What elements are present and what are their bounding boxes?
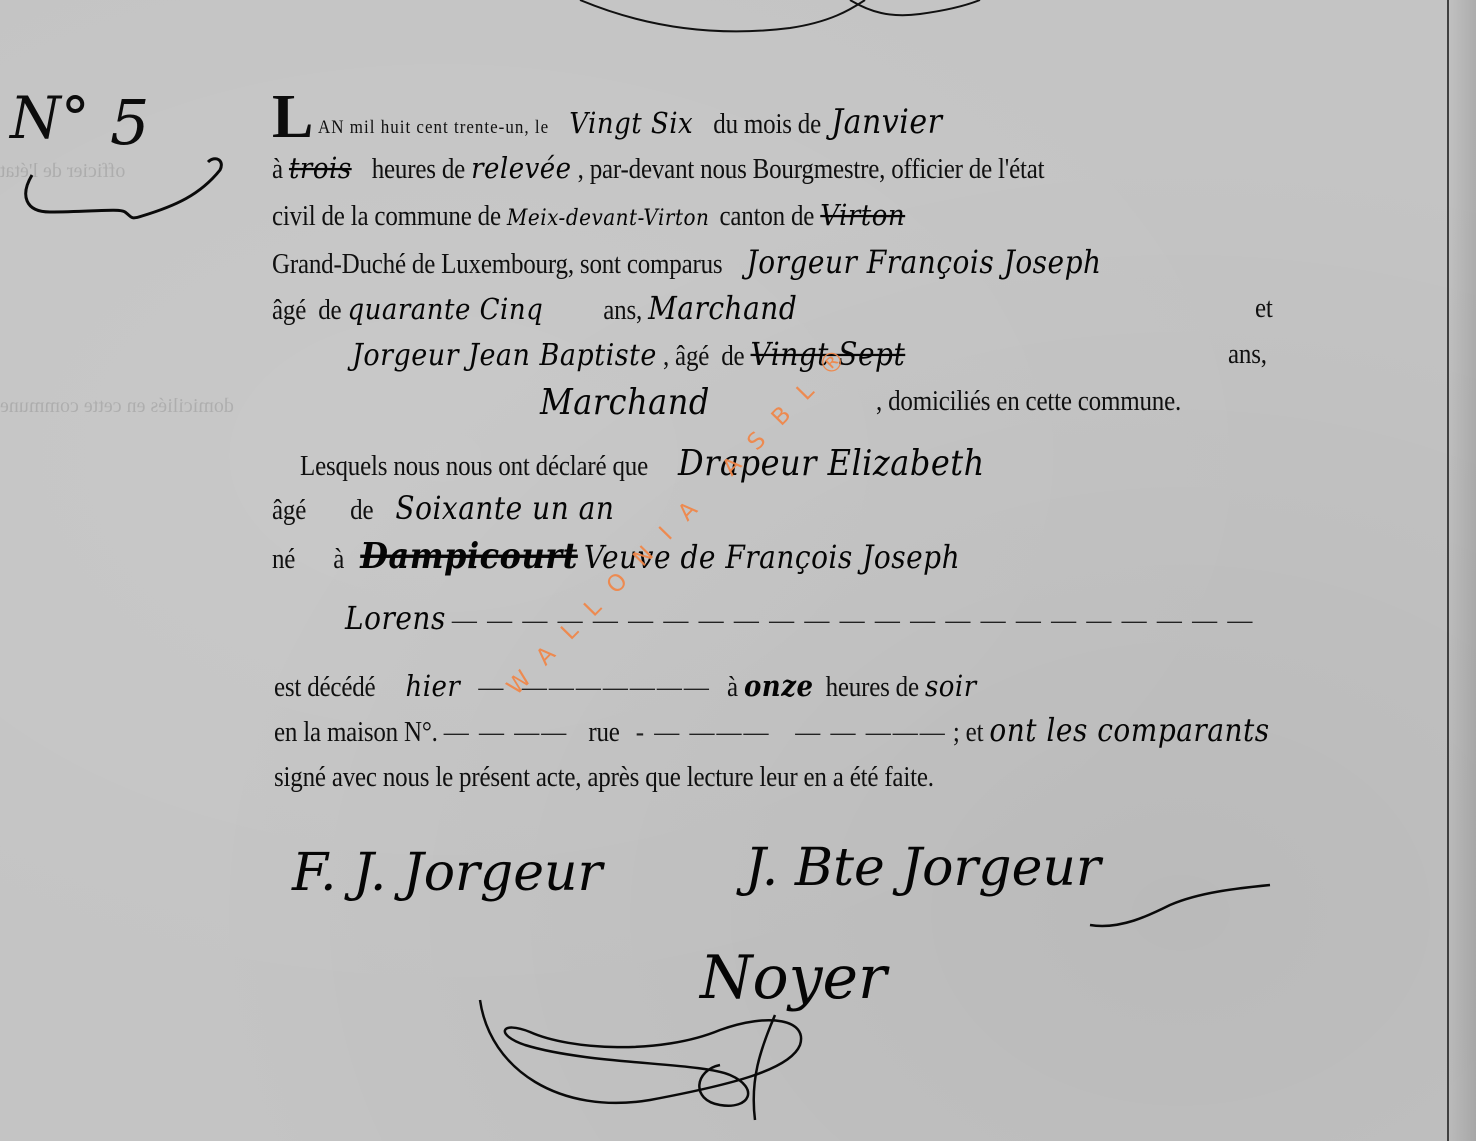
record-line-11: Lorens — — — — — — — — — — — — — — — — —…: [345, 602, 1254, 638]
signature-flourish: [1080, 880, 1280, 940]
handwritten-profession-1: Marchand: [648, 290, 797, 327]
handwritten-declarant-2: Jorgeur Jean Baptiste: [352, 338, 657, 373]
printed-text: AN mil huit cent trente-un, le: [318, 116, 549, 137]
show-through-text: domiciliés en cette commune: [0, 395, 234, 418]
handwritten-month: Janvier: [831, 103, 942, 142]
signature-declarant-1: F. J. Jorgeur: [292, 845, 602, 901]
record-line-12: est décédé hier — ——————— à onze heures …: [274, 670, 977, 705]
handwritten-day-of-death: hier: [405, 670, 460, 704]
printed-text: civil de la commune de: [272, 202, 501, 232]
printed-text: ; et: [953, 718, 983, 748]
record-line-14: signé avec nous le présent acte, après q…: [274, 761, 934, 795]
record-line-4: Grand-Duché de Luxembourg, sont comparus…: [272, 246, 1102, 282]
margin-number-flourish: [10, 150, 240, 230]
printed-text: signé avec nous le présent acte, après q…: [274, 763, 934, 793]
blank-fill-dashes: - — ——— — — ———: [636, 718, 947, 748]
printed-text: Grand-Duché de Luxembourg, sont comparus: [272, 250, 722, 280]
signature-flourish: [470, 990, 890, 1140]
handwritten-canton: Virton: [820, 199, 905, 233]
margin-rule: [1447, 0, 1449, 1141]
record-number-value: 5: [110, 92, 149, 154]
printed-text: et: [1255, 292, 1273, 326]
handwritten-day: Vingt Six: [569, 107, 693, 141]
printed-text: heures de: [826, 673, 919, 703]
printed-text: âgé de: [272, 296, 341, 326]
printed-text: à: [272, 155, 283, 185]
handwritten-signatories-note: ont les comparants: [989, 712, 1269, 749]
printed-text: de: [350, 496, 373, 526]
handwritten-deceased-age: Soixante un an: [395, 490, 614, 527]
drop-cap: L: [272, 92, 313, 142]
record-number-label: N°: [10, 88, 90, 148]
blank-fill-dashes: — — ——: [444, 718, 569, 748]
printed-text: à: [727, 673, 738, 703]
handwritten-age-1: quarante Cinq: [347, 293, 543, 327]
printed-text: né: [272, 545, 295, 575]
record-line-7: Marchand: [540, 385, 710, 423]
record-line-3: civil de la commune de Meix-devant-Virto…: [272, 199, 905, 234]
printed-text: âgé: [272, 496, 306, 526]
record-line-8: Lesquels nous nous ont déclaré que Drape…: [300, 446, 985, 484]
handwritten-declarant-1: Jorgeur François Joseph: [747, 244, 1102, 281]
printed-text: canton de: [719, 202, 814, 232]
printed-text: du mois de: [713, 109, 821, 139]
previous-record-flourish: [540, 0, 1040, 40]
record-line-9: âgé de Soixante un an: [272, 492, 614, 528]
printed-text: est décédé: [274, 673, 375, 703]
printed-text: , domiciliés en cette commune.: [876, 385, 1181, 419]
printed-text: en la maison N°.: [274, 718, 438, 748]
printed-text: à: [333, 545, 344, 575]
record-line-1: AN mil huit cent trente-un, le Vingt Six…: [318, 106, 942, 144]
printed-text: , par-devant nous Bourgmestre, officier …: [578, 155, 1045, 185]
handwritten-hour-of-death: onze: [744, 670, 814, 704]
printed-text: ans,: [603, 296, 642, 326]
signature-declarant-2: J. Bte Jorgeur: [745, 840, 1101, 896]
handwritten-hour: trois: [289, 152, 352, 186]
page-edge-shadow: [1449, 0, 1476, 1141]
printed-text: , âgé de: [663, 342, 745, 372]
handwritten-spouse-surname: Lorens: [345, 600, 446, 637]
record-line-5: âgé de quarante Cinq ans, Marchand: [272, 292, 797, 328]
handwritten-birthplace: Dampicourt: [360, 534, 578, 577]
handwritten-commune: Meix-devant-Virton: [507, 204, 710, 231]
printed-text: heures de: [372, 155, 465, 185]
printed-text: rue: [588, 718, 619, 748]
record-line-2: à trois heures de relevée , par-devant n…: [272, 152, 1044, 187]
record-line-13: en la maison N°. — — —— rue - — ——— — — …: [274, 714, 1270, 750]
printed-text: ans,: [1228, 338, 1267, 372]
handwritten-time-of-day-death: soir: [925, 670, 977, 704]
printed-text: Lesquels nous nous ont déclaré que: [300, 452, 648, 482]
handwritten-profession-2: Marchand: [540, 380, 710, 423]
handwritten-time-of-day: relevée: [471, 152, 571, 186]
